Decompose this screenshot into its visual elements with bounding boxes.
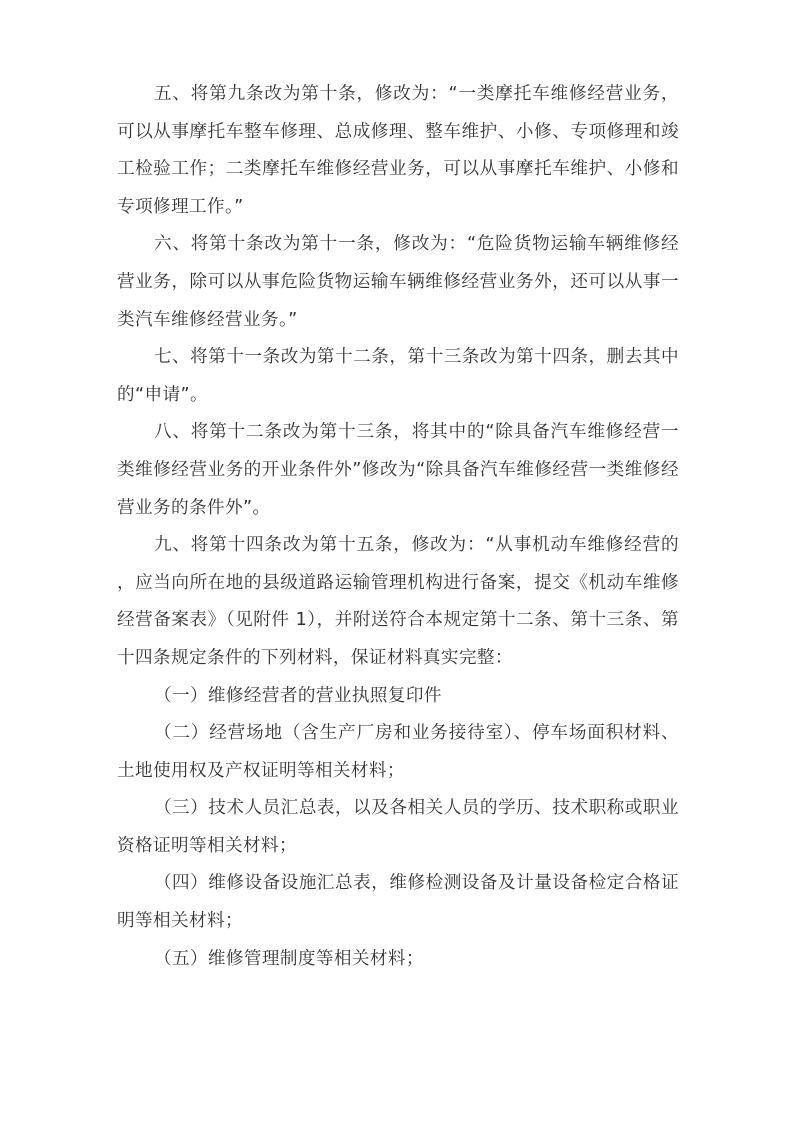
list-item-business-license: （一）维修经营者的营业执照复印件 <box>117 678 679 716</box>
paragraph-item-7: 七、将第十一条改为第十二条，第十三条改为第十四条，删去其中的“申请”。 <box>117 339 679 414</box>
list-item-equipment: （四）维修设备设施汇总表，维修检测设备及计量设备检定合格证明等相关材料； <box>117 865 679 940</box>
paragraph-item-8: 八、将第十二条改为第十三条，将其中的“除具备汽车维修经营一类维修经营业务的开业条… <box>117 414 679 527</box>
list-item-technical-staff: （三）技术人员汇总表，以及各相关人员的学历、技术职称或职业资格证明等相关材料； <box>117 790 679 865</box>
list-item-management-rules: （五）维修管理制度等相关材料； <box>117 941 679 979</box>
paragraph-item-6: 六、将第十条改为第十一条，修改为：“危险货物运输车辆维修经营业务，除可以从事危险… <box>117 226 679 339</box>
paragraph-item-5: 五、将第九条改为第十条，修改为：“一类摩托车维修经营业务，可以从事摩托车整车修理… <box>117 76 679 226</box>
list-item-premises-materials: （二）经营场地（含生产厂房和业务接待室）、停车场面积材料、土地使用权及产权证明等… <box>117 715 679 790</box>
document-page: 五、将第九条改为第十条，修改为：“一类摩托车维修经营业务，可以从事摩托车整车修理… <box>117 76 679 978</box>
paragraph-item-9: 九、将第十四条改为第十五条，修改为：“从事机动车维修经营的，应当向所在地的县级道… <box>117 527 679 677</box>
